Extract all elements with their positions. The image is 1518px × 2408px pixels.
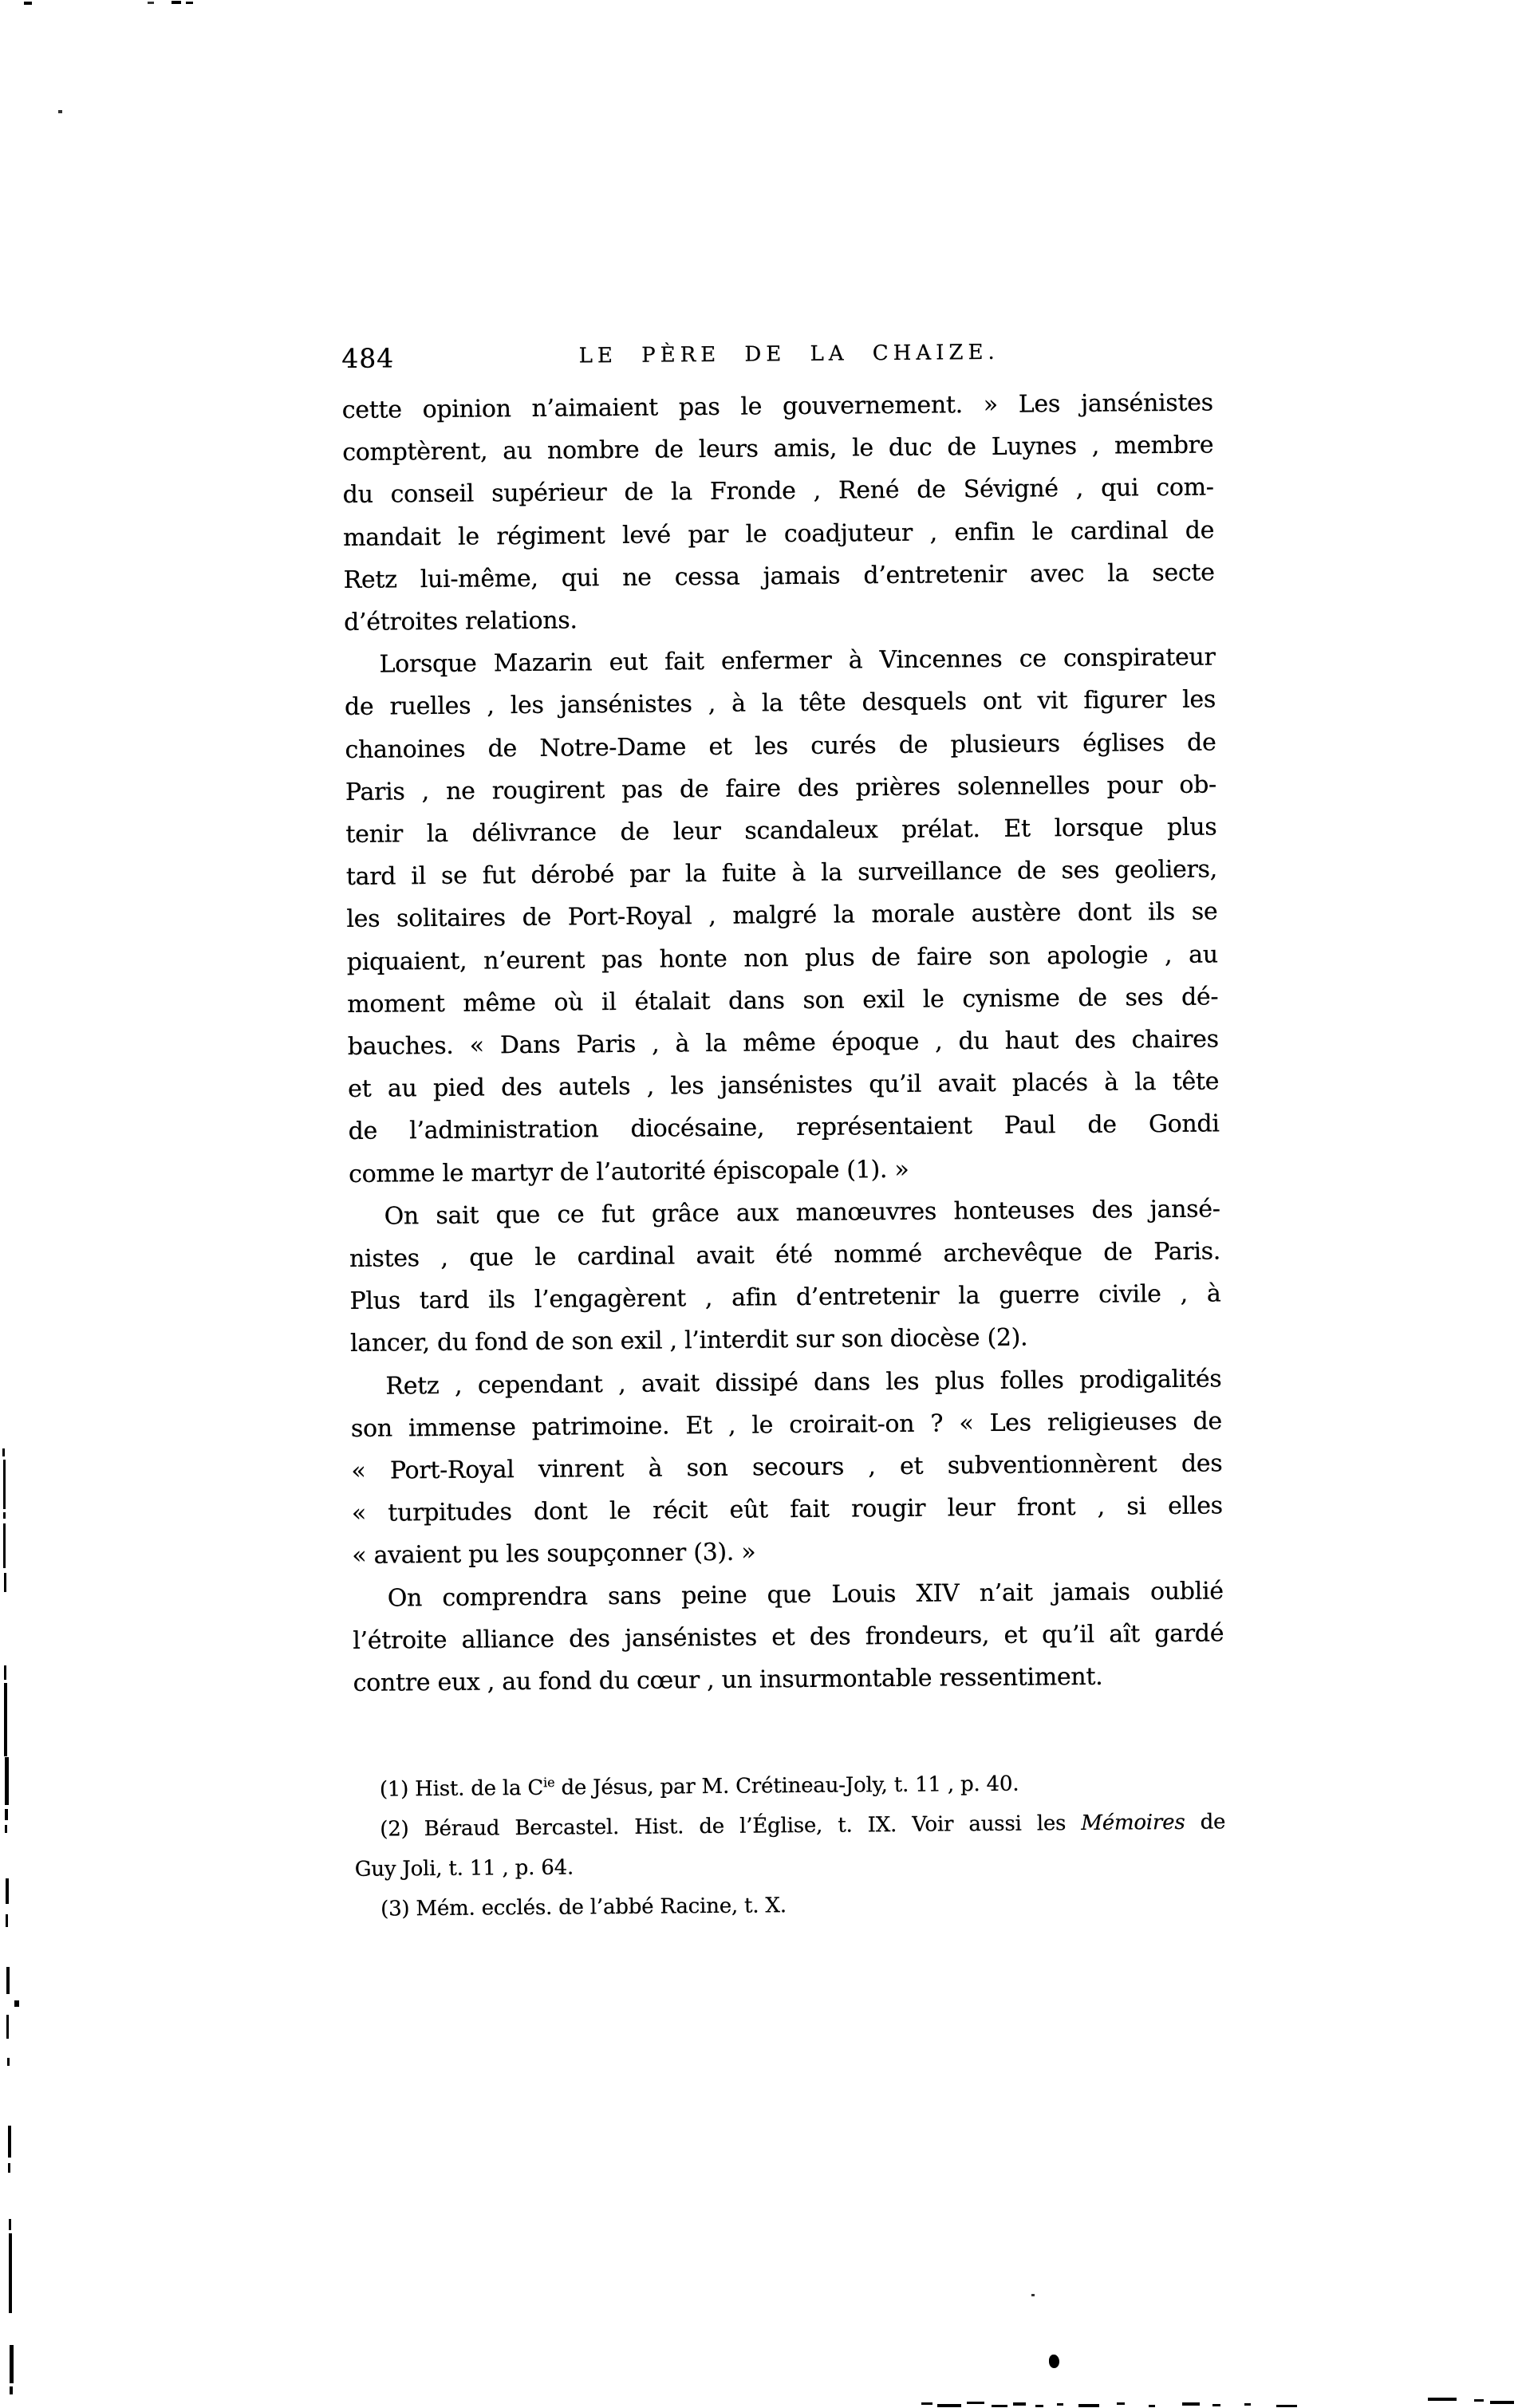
scan-artifact — [148, 2, 154, 4]
text-line: bauches. « Dans Paris , à la même époque… — [348, 1018, 1219, 1068]
bottom-edge-mark — [1013, 2402, 1026, 2406]
footnote-1-text: de Jésus, par M. Crétineau-Joly, t. 11 ,… — [554, 1772, 1019, 1800]
bottom-edge-mark — [1276, 2405, 1297, 2407]
text-line: comptèrent, au nombre de leurs amis, le … — [342, 424, 1213, 475]
gutter-line-segment — [4, 1573, 6, 1592]
scan-artifact — [58, 110, 62, 113]
text-line: tard il se fut dérobé par la fuite à la … — [346, 849, 1217, 899]
footnote-2-text: de — [1185, 1811, 1225, 1835]
scan-artifact — [24, 2, 32, 5]
footnotes: (1) Hist. de la Cie de Jésus, par M. Cré… — [354, 1763, 1227, 1930]
text-line: Retz , cependant , avait dissipé dans le… — [350, 1358, 1221, 1408]
paragraph: Retz , cependant , avait dissipé dans le… — [350, 1358, 1223, 1578]
bottom-edge-mark — [1428, 2398, 1457, 2401]
gutter-line-segment — [5, 1825, 7, 1833]
text-line: de ruelles , les jansénistes , à la tête… — [345, 679, 1216, 729]
bottom-edge-mark — [1057, 2403, 1063, 2406]
gutter-line-segment — [4, 1683, 7, 1756]
text-line: « turpitudes dont le récit eût fait roug… — [352, 1485, 1223, 1535]
paragraph: cette opinion n’aimaient pas le gouverne… — [342, 381, 1216, 644]
text-line: et au pied des autels , les jansénistes … — [348, 1061, 1219, 1111]
running-title: LE PÈRE DE LA CHAIZE. — [341, 338, 1212, 370]
gutter-line-segment — [10, 2345, 14, 2383]
bottom-edge-mark — [1490, 2401, 1514, 2404]
gutter-line-segment — [3, 1523, 6, 1568]
scan-artifact — [186, 2, 193, 4]
footnote-3: (3) Mém. ecclés. de l’abbé Racine, t. X. — [355, 1882, 1226, 1930]
bottom-edge-mark — [1182, 2402, 1200, 2406]
bottom-edge-mark — [1035, 2405, 1043, 2407]
bottom-edge-mark — [1149, 2405, 1155, 2407]
scanned-page: 484 LE PÈRE DE LA CHAIZE. cette opinion … — [0, 0, 1518, 2408]
text-line: moment même où il étalait dans son exil … — [347, 975, 1218, 1026]
scan-artifact — [1031, 2294, 1035, 2296]
text-line: comme le martyr de l’autorité épiscopale… — [349, 1145, 1220, 1196]
bottom-edge-mark — [967, 2402, 984, 2404]
scan-artifact — [172, 1, 181, 4]
page-content: 484 LE PÈRE DE LA CHAIZE. cette opinion … — [341, 330, 1226, 1929]
gutter-line-segment — [7, 2058, 10, 2066]
text-line: piquaient, n’eurent pas honte non plus d… — [347, 933, 1218, 983]
bottom-edge-mark — [921, 2402, 932, 2405]
text-line: mandait le régiment levé par le coadjute… — [343, 509, 1214, 559]
text-line: son immense patrimoine. Et , le croirait… — [351, 1400, 1222, 1450]
text-line: nistes , que le cardinal avait été nommé… — [349, 1230, 1220, 1280]
bottom-edge-mark — [1078, 2404, 1099, 2407]
ink-blob — [1049, 2355, 1059, 2368]
text-line: « avaient pu les soupçonner (3). » — [352, 1527, 1223, 1578]
text-line: On comprendra sans peine que Louis XIV n… — [353, 1570, 1224, 1620]
bottom-edge-mark — [992, 2405, 1007, 2407]
gutter-line-segment — [14, 2000, 19, 2007]
text-line: tenir la délivrance de leur scandaleux p… — [345, 806, 1216, 856]
footnote-2-text: (2) Béraud Bercastel. Hist. de l’Église,… — [380, 1811, 1081, 1842]
text-line: d’étroites relations. — [344, 593, 1215, 644]
gutter-line-segment — [10, 2386, 13, 2394]
text-line: Paris , ne rougirent pas de faire des pr… — [345, 763, 1216, 814]
gutter-line-segment — [3, 1512, 6, 1519]
paragraph: Lorsque Mazarin eut fait enfermer à Vinc… — [344, 636, 1220, 1196]
text-line: Plus tard ils l’engagèrent , afin d’entr… — [349, 1273, 1220, 1323]
bottom-edge-mark — [937, 2404, 961, 2407]
footnote-2: (2) Béraud Bercastel. Hist. de l’Église,… — [354, 1803, 1225, 1850]
text-line: On sait que ce fut grâce aux manœuvres h… — [349, 1188, 1220, 1238]
gutter-line-segment — [2, 1448, 5, 1456]
bottom-edge-mark — [1117, 2402, 1125, 2405]
paragraph: On sait que ce fut grâce aux manœuvres h… — [349, 1188, 1221, 1365]
gutter-line-segment — [6, 1878, 9, 1904]
gutter-line-segment — [5, 1809, 8, 1820]
page-header: 484 LE PÈRE DE LA CHAIZE. — [341, 330, 1212, 383]
text-line: les solitaires de Port-Royal , malgré la… — [346, 891, 1217, 941]
footnote-1-superscript: ie — [543, 1775, 554, 1790]
gutter-line-segment — [3, 1460, 6, 1509]
text-line: du conseil supérieur de la Fronde , René… — [342, 467, 1213, 517]
text-line: l’étroite alliance des jansénistes et de… — [353, 1612, 1224, 1662]
text-line: « Port-Royal vinrent à son secours , et … — [351, 1442, 1222, 1492]
text-line: chanoines de Notre-Dame et les curés de … — [345, 721, 1216, 771]
text-line: contre eux , au fond du cœur , un insurm… — [353, 1655, 1224, 1705]
gutter-line-segment — [6, 2015, 9, 2039]
text-line: Retz lui-même, qui ne cessa jamais d’ent… — [343, 551, 1214, 601]
text-line: lancer, du fond de son exil , l’interdit… — [350, 1315, 1221, 1366]
bottom-edge-mark — [1212, 2404, 1220, 2406]
footnote-2-italic: Mémoires — [1081, 1811, 1185, 1835]
body-text: cette opinion n’aimaient pas le gouverne… — [342, 381, 1224, 1705]
gutter-line-segment — [5, 1757, 9, 1805]
gutter-line-segment — [4, 1665, 6, 1680]
bottom-edge-mark — [1244, 2403, 1251, 2406]
paragraph: On comprendra sans peine que Louis XIV n… — [353, 1570, 1224, 1705]
gutter-line-segment — [8, 2126, 11, 2158]
footnote-1-text: (1) Hist. de la C — [380, 1776, 544, 1802]
gutter-line-segment — [8, 2163, 10, 2173]
gutter-line-segment — [9, 2233, 12, 2313]
text-line: de l’administration diocésaine, représen… — [348, 1103, 1219, 1153]
gutter-line-segment — [6, 1914, 8, 1927]
bottom-edge-mark — [1474, 2399, 1484, 2402]
gutter-line-segment — [6, 1967, 10, 1994]
gutter-line-segment — [9, 2219, 11, 2230]
text-line: cette opinion n’aimaient pas le gouverne… — [342, 381, 1213, 432]
text-line: Lorsque Mazarin eut fait enfermer à Vinc… — [344, 636, 1215, 687]
